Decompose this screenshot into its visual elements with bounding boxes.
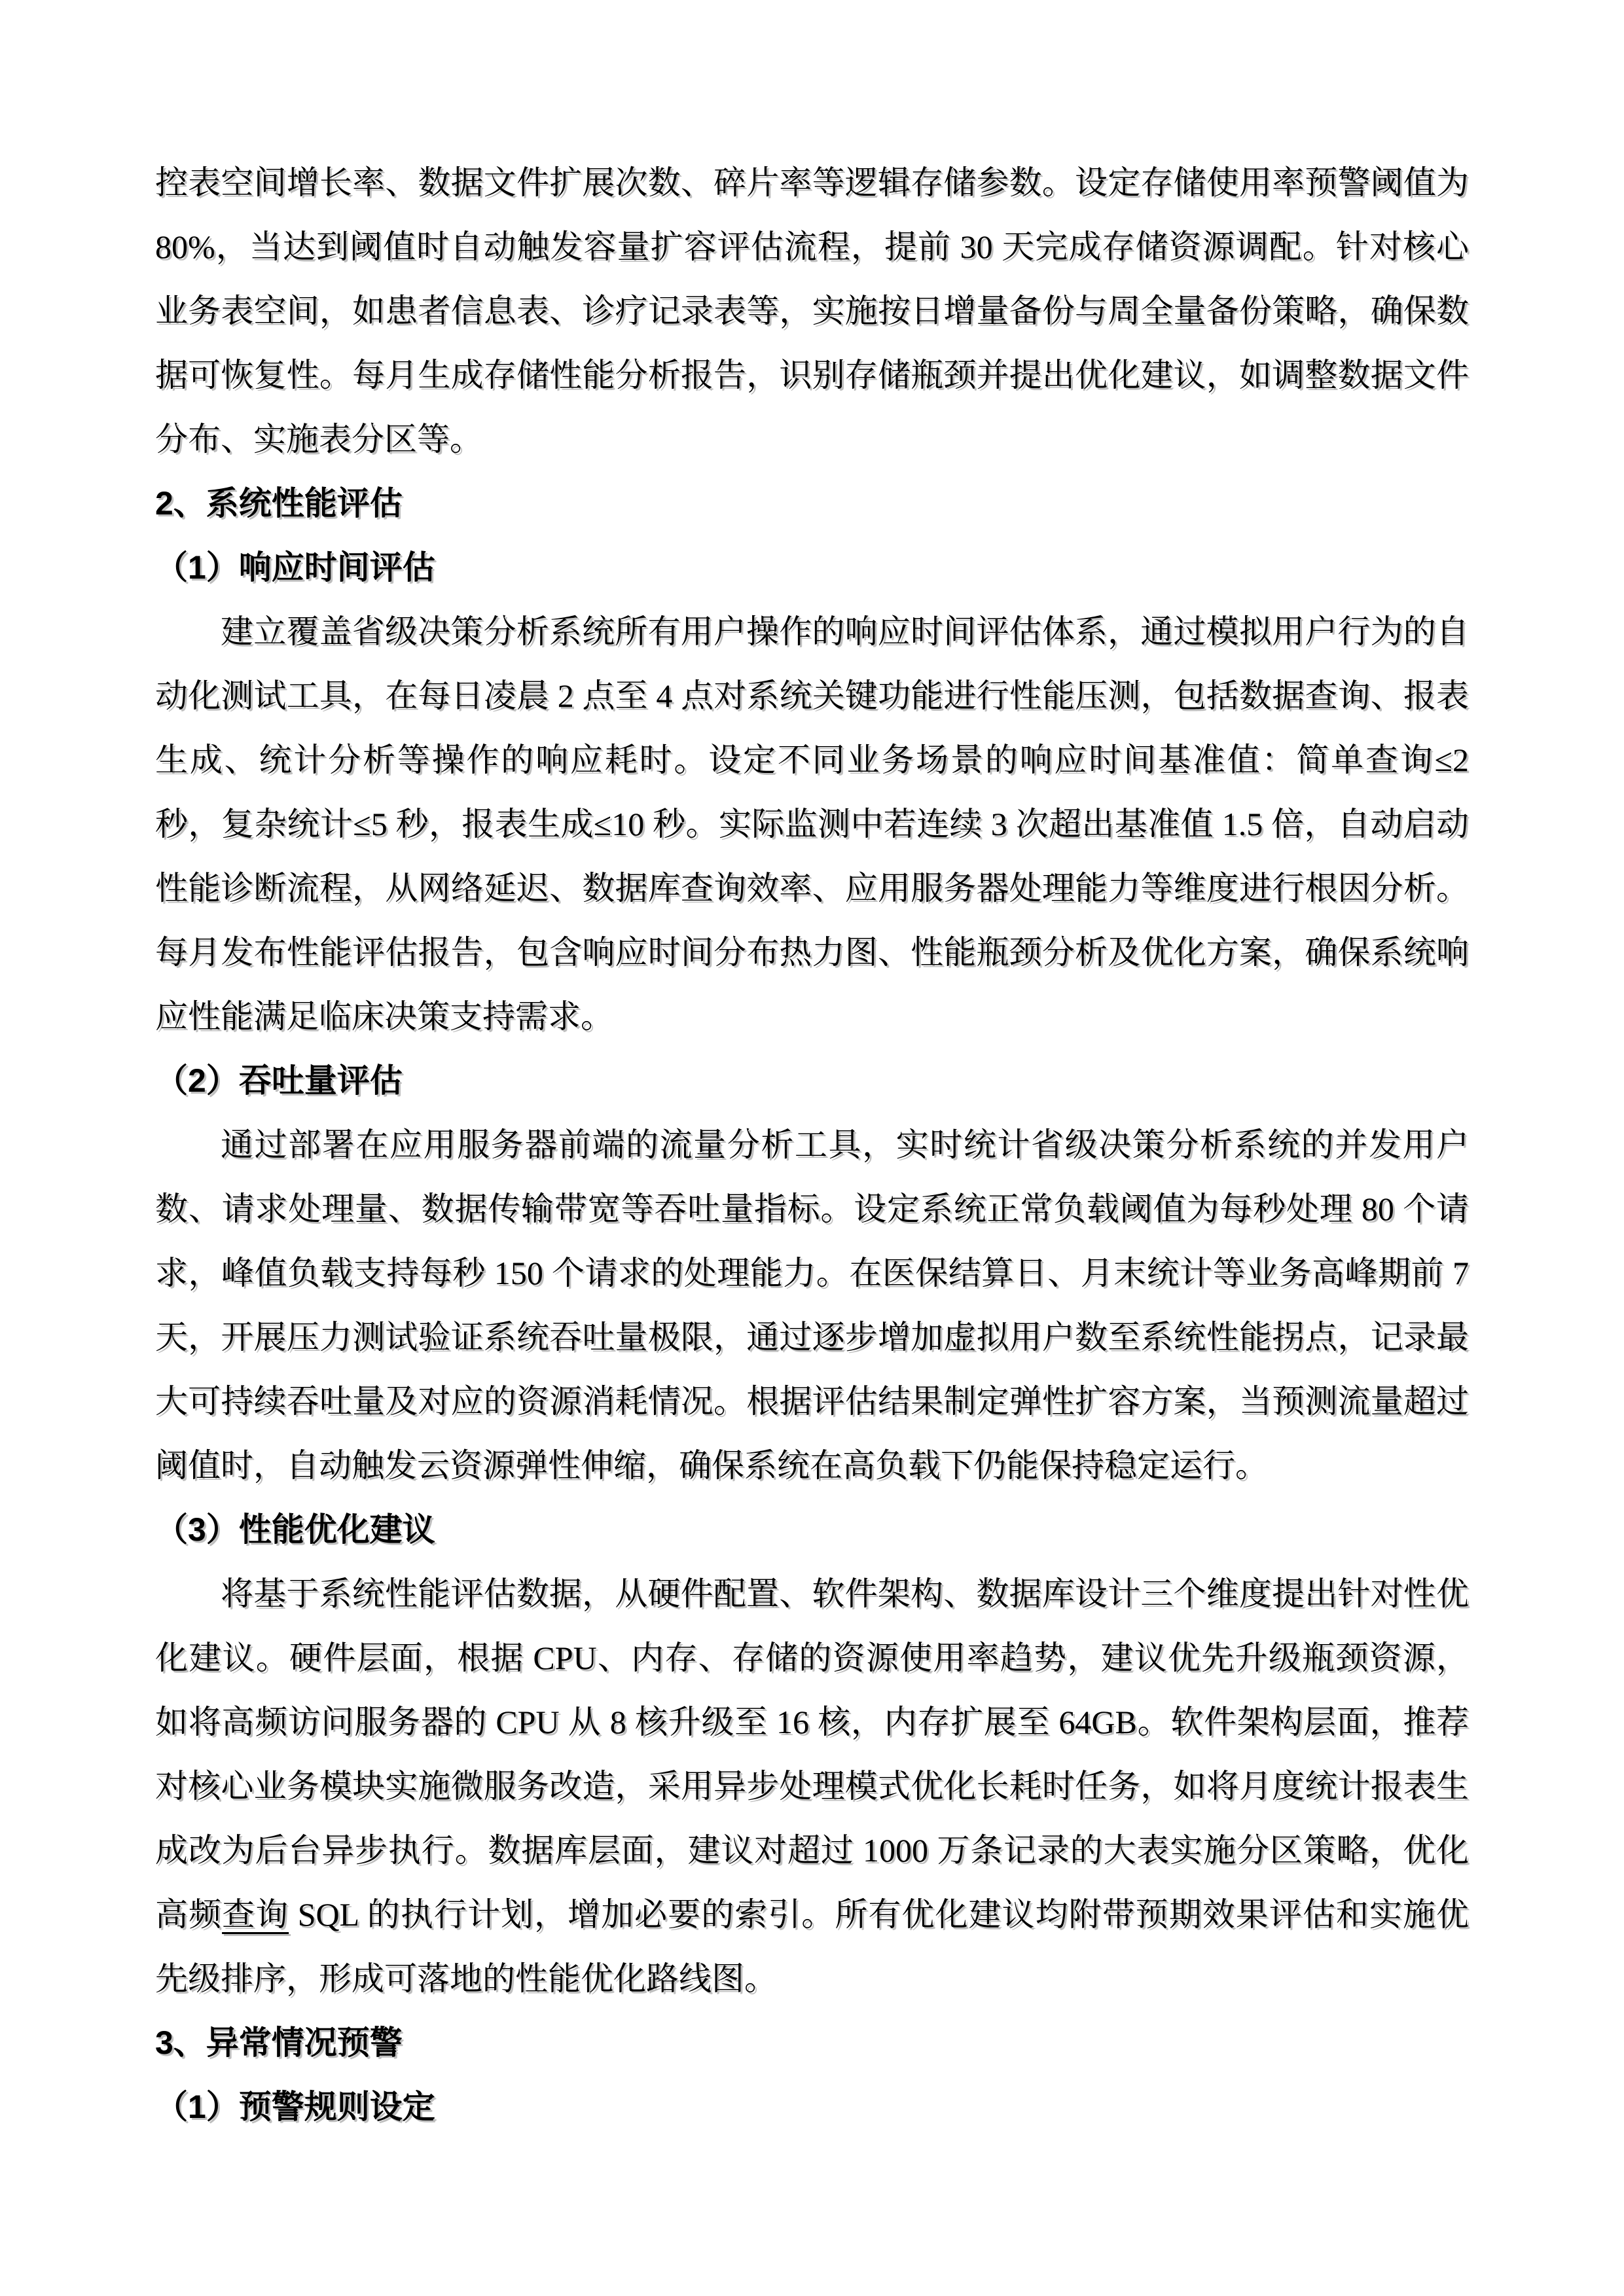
heading-performance-optimization-suggestions: （3）性能优化建议	[155, 1498, 1469, 1562]
paragraph-segment-pre: 将基于系统性能评估数据，从硬件配置、软件架构、数据库设计三个维度提出针对性优化建…	[155, 1575, 1469, 1933]
paragraph-throughput-evaluation: 通过部署在应用服务器前端的流量分析工具，实时统计省级决策分析系统的并发用户数、请…	[155, 1113, 1469, 1498]
heading-warning-rule-setting: （1）预警规则设定	[155, 2075, 1469, 2139]
heading-abnormal-situation-warning: 3、异常情况预警	[155, 2011, 1469, 2075]
heading-throughput-evaluation: （2）吞吐量评估	[155, 1049, 1469, 1113]
heading-response-time-evaluation: （1）响应时间评估	[155, 535, 1469, 600]
paragraph-response-time-evaluation: 建立覆盖省级决策分析系统所有用户操作的响应时间评估体系，通过模拟用户行为的自动化…	[155, 600, 1469, 1049]
paragraph-storage-monitoring-continued: 控表空间增长率、数据文件扩展次数、碎片率等逻辑存储参数。设定存储使用率预警阈值为…	[155, 151, 1469, 471]
underlined-term-query: 查询	[222, 1896, 289, 1933]
paragraph-performance-optimization: 将基于系统性能评估数据，从硬件配置、软件架构、数据库设计三个维度提出针对性优化建…	[155, 1562, 1469, 2011]
paragraph-segment-post: SQL 的执行计划，增加必要的索引。所有优化建议均附带预期效果评估和实施优先级排…	[155, 1896, 1469, 1997]
document-page: 控表空间增长率、数据文件扩展次数、碎片率等逻辑存储参数。设定存储使用率预警阈值为…	[0, 0, 1624, 2296]
heading-system-performance-evaluation: 2、系统性能评估	[155, 471, 1469, 535]
